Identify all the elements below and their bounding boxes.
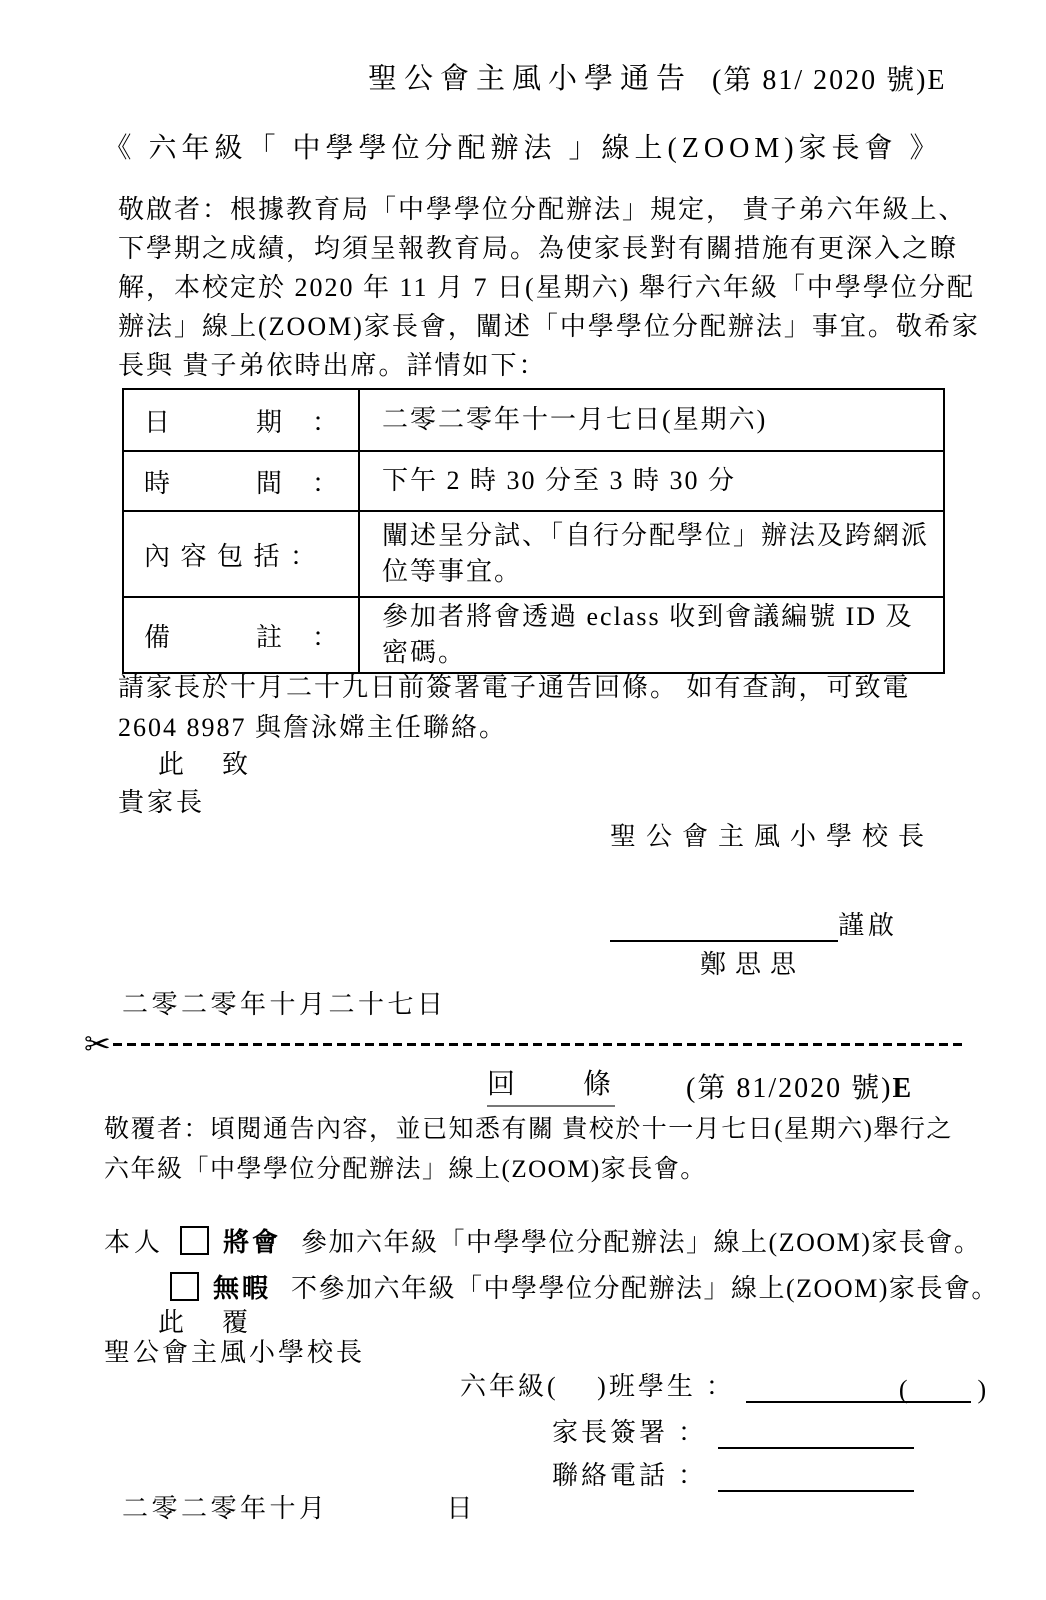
reply-ref-suffix: E bbox=[892, 1073, 913, 1104]
intro-line: 辦法」線上(ZOOM)家長會，闡述「中學學位分配辦法」事宜。敬希家 bbox=[118, 307, 948, 346]
option-unavailable-row: 無暇 不參加六年級「中學學位分配辦法」線上(ZOOM)家長會。 bbox=[170, 1268, 999, 1305]
acknowledgement-paragraph: 敬覆者：頃閱通告內容，並已知悉有關 貴校於十一月七日(星期六)舉行之 六年級「中… bbox=[104, 1110, 954, 1190]
intro-paragraph: 敬啟者：根據教育局「中學學位分配辦法」規定， 貴子弟六年級上、 下學期之成績，均… bbox=[118, 190, 948, 385]
will-attend-checkbox[interactable] bbox=[180, 1226, 209, 1255]
note-line: 2604 8987 與詹泳嫦主任聯絡。 bbox=[118, 708, 953, 748]
time-value: 下午 2 時 30 分至 3 時 30 分 bbox=[359, 451, 944, 511]
ack-line: 六年級「中學學位分配辦法」線上(ZOOM)家長會。 bbox=[104, 1150, 954, 1190]
jin-qi-text: 謹啟 bbox=[838, 905, 898, 942]
content-value: 闡述呈分試、「自行分配學位」辦法及跨網派位等事宜。 bbox=[359, 511, 944, 597]
table-row-time: 時 間 ： 下午 2 時 30 分至 3 時 30 分 bbox=[123, 451, 944, 511]
signing-note: 請家長於十月二十九日前簽署電子通告回條。 如有查詢，可致電 2604 8987 … bbox=[118, 668, 953, 748]
table-row-content: 內 容 包 括 ： 闡述呈分試、「自行分配學位」辦法及跨網派位等事宜。 bbox=[123, 511, 944, 597]
intro-line: 長與 貴子弟依時出席。詳情如下： bbox=[118, 346, 948, 385]
principal-title-line: 聖公會主風小學校長 bbox=[610, 816, 934, 853]
reply-slip-ref: (第 81/2020 號)E bbox=[686, 1066, 913, 1106]
class-number-blank[interactable]: ( ) bbox=[899, 1369, 971, 1403]
details-table: 日 期 ： 二零二零年十一月七日(星期六) 時 間 ： 下午 2 時 30 分至… bbox=[122, 388, 945, 674]
recipient-text: 貴家長 bbox=[118, 782, 205, 819]
table-row-date: 日 期 ： 二零二零年十一月七日(星期六) bbox=[123, 389, 944, 451]
phone-field-row: 聯絡電話 ： bbox=[552, 1455, 914, 1492]
signature-field-row: 家長簽署 ： bbox=[552, 1412, 914, 1449]
unavailable-text: 不參加六年級「中學學位分配辦法」線上(ZOOM)家長會。 bbox=[291, 1268, 999, 1305]
ack-line: 敬覆者：頃閱通告內容，並已知悉有關 貴校於十一月七日(星期六)舉行之 bbox=[104, 1110, 954, 1150]
principal-name: 鄭思思 bbox=[700, 944, 805, 981]
remarks-value: 參加者將會透過 eclass 收到會議編號 ID 及密碼。 bbox=[359, 597, 944, 673]
unavailable-checkbox[interactable] bbox=[170, 1272, 199, 1301]
phone-blank[interactable] bbox=[718, 1458, 914, 1492]
notice-ref-number: (第 81/ 2020 號)E bbox=[712, 58, 947, 98]
time-label: 時 間 ： bbox=[123, 451, 359, 511]
date-value: 二零二零年十一月七日(星期六) bbox=[359, 389, 944, 451]
phone-field-label: 聯絡電話 bbox=[552, 1455, 668, 1492]
field-colon: ： bbox=[706, 1366, 732, 1403]
principal-signature-blank bbox=[610, 906, 838, 942]
field-colon: ： bbox=[678, 1455, 704, 1492]
notice-subtitle: 《 六年級「 中學學位分配辦法 」線上(ZOOM)家長會 》 bbox=[0, 126, 1046, 166]
option-will-attend-row: 本人 將會 參加六年級「中學學位分配辦法」線上(ZOOM)家長會。 bbox=[104, 1222, 981, 1259]
notice-title: 聖公會主風小學通告 bbox=[368, 56, 692, 97]
table-row-remarks: 備 註 ： 參加者將會透過 eclass 收到會議編號 ID 及密碼。 bbox=[123, 597, 944, 673]
reply-date: 二零二零年十月 日 bbox=[122, 1488, 476, 1525]
reply-ref-number: (第 81/2020 號) bbox=[686, 1073, 892, 1104]
dashed-divider bbox=[113, 1043, 962, 1046]
option-prefix: 本人 bbox=[104, 1222, 164, 1259]
will-attend-text: 參加六年級「中學學位分配辦法」線上(ZOOM)家長會。 bbox=[301, 1222, 981, 1259]
reply-addressee: 聖公會主風小學校長 bbox=[104, 1332, 365, 1369]
reply-slip-heading: 回 條 bbox=[487, 1062, 615, 1107]
student-field-label: 六年級( )班學生 bbox=[460, 1366, 696, 1403]
parent-signature-blank[interactable] bbox=[718, 1415, 914, 1449]
note-line: 請家長於十月二十九日前簽署電子通告回條。 如有查詢，可致電 bbox=[118, 668, 953, 708]
student-name-blank[interactable] bbox=[746, 1369, 899, 1403]
field-colon: ： bbox=[678, 1412, 704, 1449]
date-label: 日 期 ： bbox=[123, 389, 359, 451]
scissors-icon: ✂ bbox=[84, 1028, 111, 1060]
issue-date: 二零二零年十月二十七日 bbox=[122, 984, 447, 1021]
intro-line: 解，本校定於 2020 年 11 月 7 日(星期六) 舉行六年級「中學學位分配 bbox=[118, 268, 948, 307]
student-field-row: 六年級( )班學生 ： ( ) bbox=[460, 1366, 971, 1403]
intro-line: 下學期之成績，均須呈報教育局。為使家長對有關措施有更深入之瞭 bbox=[118, 229, 948, 268]
will-attend-choice: 將會 bbox=[223, 1222, 281, 1259]
unavailable-choice: 無暇 bbox=[213, 1268, 271, 1305]
content-label: 內 容 包 括 ： bbox=[123, 511, 359, 597]
intro-line: 敬啟者：根據教育局「中學學位分配辦法」規定， 貴子弟六年級上、 bbox=[118, 190, 948, 229]
ci-zhi-text: 此 致 bbox=[158, 744, 254, 781]
remarks-label: 備 註 ： bbox=[123, 597, 359, 673]
cut-line: ✂ bbox=[84, 1028, 962, 1060]
signature-field-label: 家長簽署 bbox=[552, 1412, 668, 1449]
principal-signature-row: 謹啟 bbox=[610, 905, 898, 942]
